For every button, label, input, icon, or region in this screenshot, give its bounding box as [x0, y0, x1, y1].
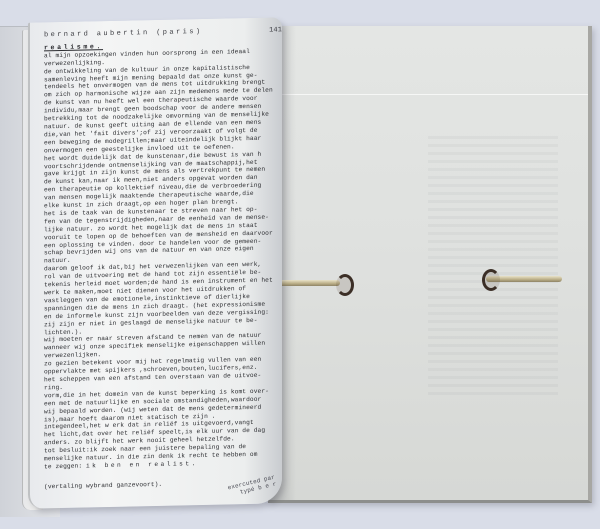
- paragraph: zo gezien betekent voor mij het regelmat…: [44, 355, 282, 392]
- paragraph: al mijn opzoekingen vinden hun oorsprong…: [44, 47, 282, 265]
- staple-hole-left: [336, 274, 354, 296]
- page-fold-line: [268, 94, 588, 95]
- staple-left: [272, 280, 340, 286]
- staple-hole-right: [482, 269, 500, 291]
- show-through-text: [428, 136, 558, 396]
- photo-scene: bernard aubertin (paris) 141 realisme. a…: [0, 0, 600, 529]
- paragraph: daarom geloof ik dat,bij het verwezenlij…: [44, 261, 282, 337]
- right-blank-page: [268, 26, 592, 503]
- closing-prefix: te zeggen:: [44, 462, 82, 470]
- page-footer: (vertaling wybrand ganzevoort). exercute…: [44, 478, 282, 497]
- typed-text: bernard aubertin (paris) 141 realisme. a…: [44, 27, 282, 497]
- page-number: 141: [269, 27, 282, 35]
- closing-statement: ik ben en realist.: [86, 460, 198, 469]
- page-header: bernard aubertin (paris) 141: [44, 27, 282, 40]
- typewritten-page: bernard aubertin (paris) 141 realisme. a…: [28, 17, 282, 508]
- paragraph: tot besluit:ik zoek naar een juistere be…: [44, 442, 282, 471]
- handwritten-signature: exercuted par typé b e r: [227, 474, 277, 499]
- translation-credit: (vertaling wybrand ganzevoort).: [44, 481, 162, 497]
- author-line: bernard aubertin (paris): [44, 29, 202, 40]
- paragraph: vorm,die in het domein van de kunst bepe…: [44, 387, 282, 447]
